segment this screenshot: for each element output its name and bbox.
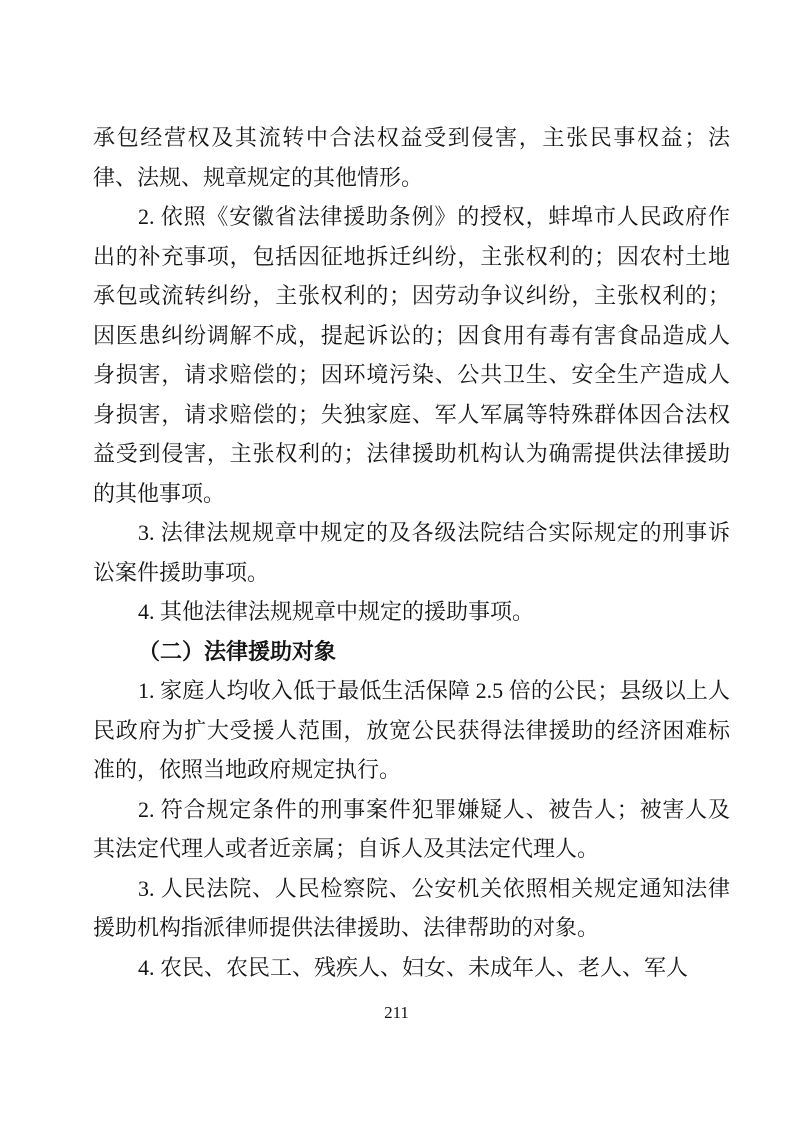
section-heading: （二）法律援助对象 — [93, 632, 730, 672]
paragraph-obj-3: 3. 人民法院、人民检察院、公安机关依照相关规定通知法律援助机构指派律师提供法律… — [93, 869, 730, 948]
page-number: 211 — [0, 1003, 793, 1023]
paragraph-obj-1: 1. 家庭人均收入低于最低生活保障 2.5 倍的公民；县级以上人民政府为扩大受援… — [93, 671, 730, 790]
document-body: 承包经营权及其流转中合法权益受到侵害，主张民事权益；法律、法规、规章规定的其他情… — [93, 118, 730, 987]
document-page: 承包经营权及其流转中合法权益受到侵害，主张民事权益；法律、法规、规章规定的其他情… — [0, 0, 793, 1122]
paragraph-item-4: 4. 其他法律法规规章中规定的援助事项。 — [93, 592, 730, 632]
paragraph-item-2: 2. 依照《安徽省法律援助条例》的授权，蚌埠市人民政府作出的补充事项，包括因征地… — [93, 197, 730, 513]
paragraph-obj-2: 2. 符合规定条件的刑事案件犯罪嫌疑人、被告人；被害人及其法定代理人或者近亲属；… — [93, 790, 730, 869]
paragraph-continuation: 承包经营权及其流转中合法权益受到侵害，主张民事权益；法律、法规、规章规定的其他情… — [93, 118, 730, 197]
paragraph-obj-4: 4. 农民、农民工、残疾人、妇女、未成年人、老人、军人 — [93, 948, 730, 988]
paragraph-item-3: 3. 法律法规规章中规定的及各级法院结合实际规定的刑事诉讼案件援助事项。 — [93, 513, 730, 592]
